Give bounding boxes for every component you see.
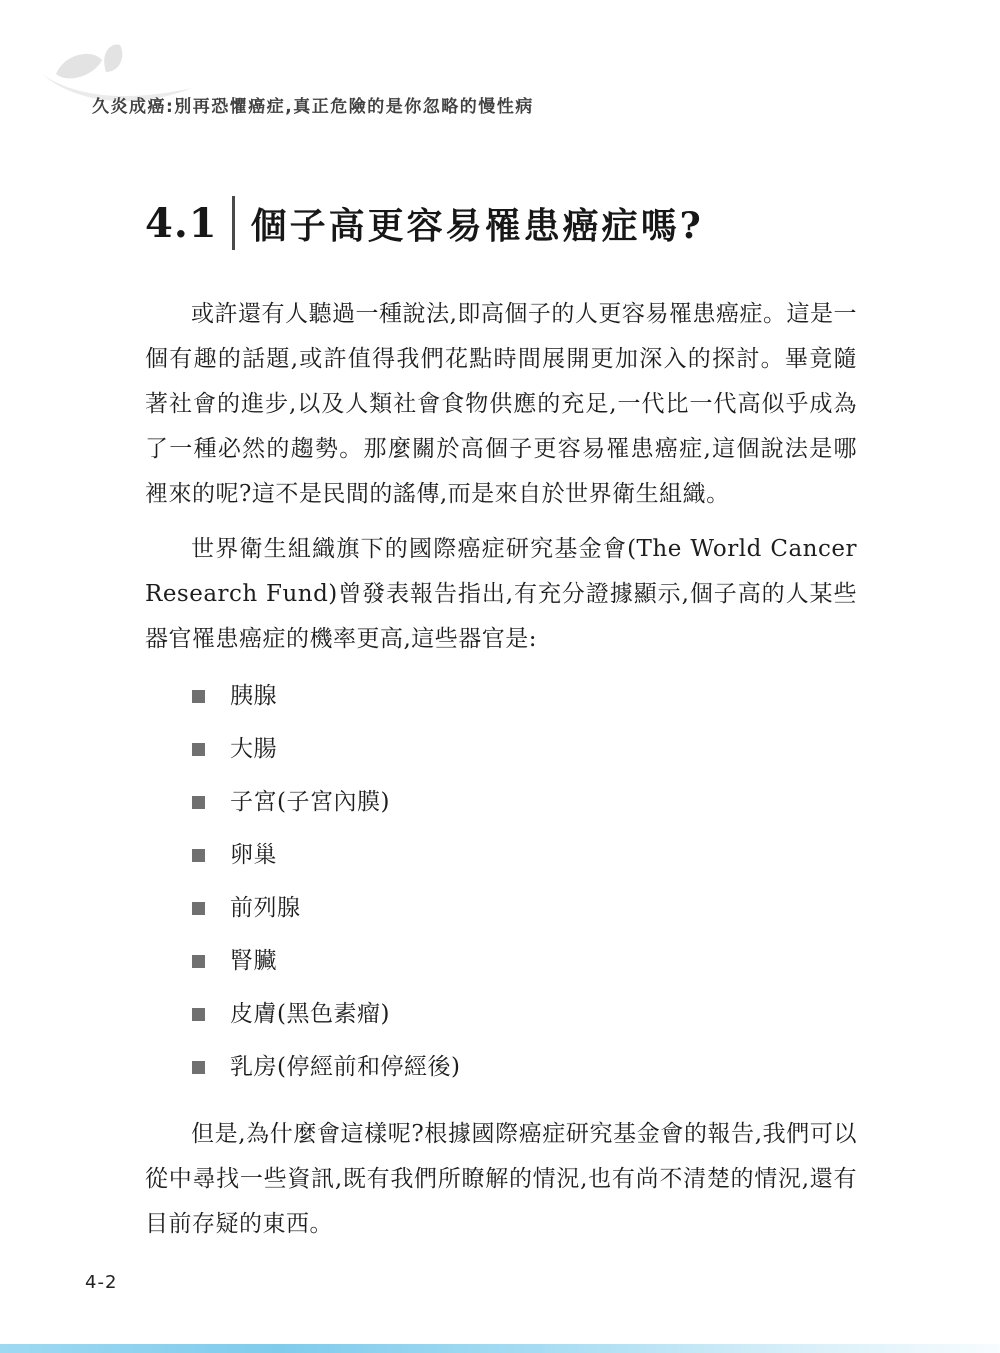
square-bullet-icon — [192, 743, 205, 756]
book-title: 久炎成癌:別再恐懼癌症,真正危險的是你忽略的慢性病 — [92, 92, 534, 117]
page-header: 久炎成癌:別再恐懼癌症,真正危險的是你忽略的慢性病 — [0, 0, 1000, 130]
list-item: 卵巢 — [192, 833, 857, 878]
list-item: 子宮(子宮內膜) — [192, 780, 857, 825]
section-divider — [232, 196, 235, 250]
square-bullet-icon — [192, 1008, 205, 1021]
list-item-label: 大腸 — [230, 727, 277, 772]
square-bullet-icon — [192, 902, 205, 915]
list-item-label: 皮膚(黑色素瘤) — [230, 992, 390, 1037]
list-item: 皮膚(黑色素瘤) — [192, 992, 857, 1037]
list-item: 胰腺 — [192, 674, 857, 719]
square-bullet-icon — [192, 955, 205, 968]
list-item: 前列腺 — [192, 886, 857, 931]
section-number: 4.1 — [145, 200, 218, 247]
list-item-label: 乳房(停經前和停經後) — [230, 1045, 460, 1090]
section-title: 個子高更容易罹患癌症嗎? — [251, 198, 704, 249]
square-bullet-icon — [192, 796, 205, 809]
paragraph-intro-2: 世界衛生組織旗下的國際癌症研究基金會(The World Cancer Rese… — [145, 527, 857, 662]
organ-list: 胰腺 大腸 子宮(子宮內膜) 卵巢 前列腺 腎臟 皮膚(黑色素瘤) 乳房(停經 — [192, 674, 857, 1090]
footer-gradient-band — [0, 1344, 1000, 1353]
square-bullet-icon — [192, 690, 205, 703]
list-item-label: 腎臟 — [230, 939, 277, 984]
list-item-label: 子宮(子宮內膜) — [230, 780, 390, 825]
list-item: 腎臟 — [192, 939, 857, 984]
paragraph-closing: 但是,為什麼會這樣呢?根據國際癌症研究基金會的報告,我們可以從中尋找一些資訊,既… — [145, 1112, 857, 1247]
page-number: 4-2 — [85, 1272, 117, 1293]
list-item-label: 胰腺 — [230, 674, 277, 719]
list-item-label: 前列腺 — [230, 886, 301, 931]
square-bullet-icon — [192, 1061, 205, 1074]
paragraph-intro-1: 或許還有人聽過一種說法,即高個子的人更容易罹患癌症。這是一個有趣的話題,或許值得… — [145, 292, 857, 517]
list-item-label: 卵巢 — [230, 833, 277, 878]
section-heading: 4.1 個子高更容易罹患癌症嗎? — [145, 196, 857, 250]
page-content: 4.1 個子高更容易罹患癌症嗎? 或許還有人聽過一種說法,即高個子的人更容易罹患… — [145, 196, 857, 1257]
list-item: 大腸 — [192, 727, 857, 772]
list-item: 乳房(停經前和停經後) — [192, 1045, 857, 1090]
square-bullet-icon — [192, 849, 205, 862]
